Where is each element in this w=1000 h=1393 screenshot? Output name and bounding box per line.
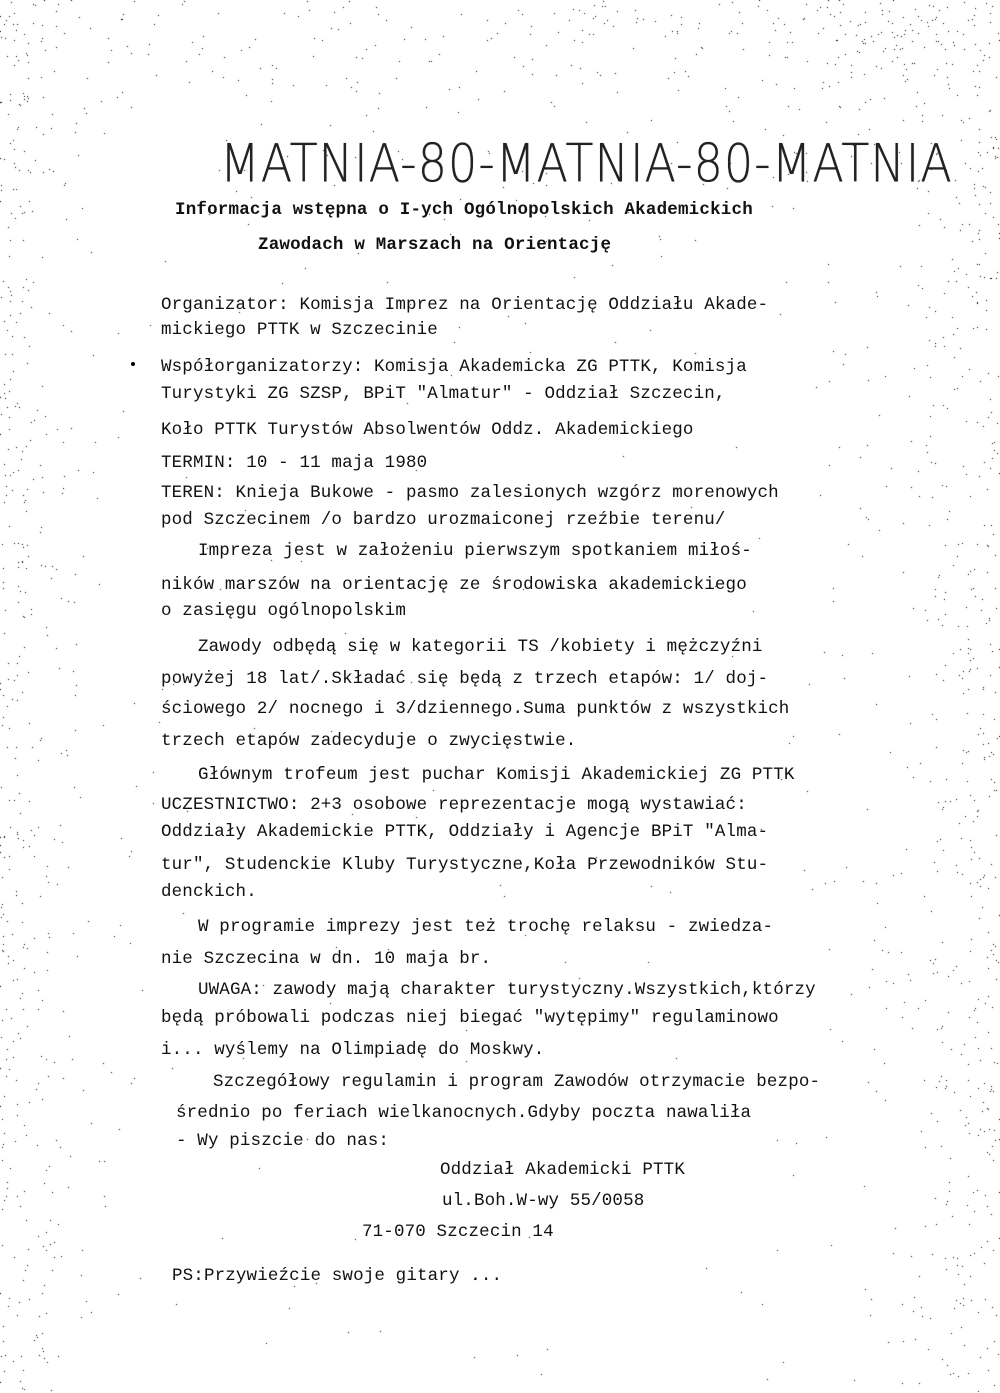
- heading-line-2: Zawodach w Marszach na Orientację: [258, 235, 1000, 255]
- text-line: UWAGA: zawody mają charakter turystyczny…: [198, 980, 816, 1000]
- text-line: powyżej 18 lat/.Składać się będą z trzec…: [161, 669, 768, 689]
- text-line: Turystyki ZG SZSP, BPiT "Almatur" - Oddz…: [161, 384, 726, 404]
- text-line: tur", Studenckie Kluby Turystyczne,Koła …: [161, 855, 768, 875]
- text-line: UCZESTNICTWO: 2+3 osobowe reprezentacje …: [161, 795, 747, 815]
- text-line: - Wy piszcie do nas:: [176, 1131, 389, 1151]
- text-line: i... wyślemy na Olimpiadę do Moskwy.: [161, 1040, 544, 1060]
- text-line: o zasięgu ogólnopolskim: [161, 601, 406, 621]
- text-line: mickiego PTTK w Szczecinie: [161, 320, 438, 340]
- text-line: Szczegółowy regulamin i program Zawodów …: [213, 1072, 820, 1092]
- text-line: Organizator: Komisja Imprez na Orientacj…: [161, 295, 768, 315]
- text-line: trzech etapów zadecyduje o zwycięstwie.: [161, 731, 576, 751]
- text-line: Zawody odbędą się w kategorii TS /kobiet…: [198, 637, 763, 657]
- heading-line-1: Informacja wstępna o I-ych Ogólnopolskic…: [175, 200, 1000, 220]
- text-line: Głównym trofeum jest puchar Komisji Akad…: [198, 765, 795, 785]
- text-line: ściowego 2/ nocnego i 3/dziennego.Suma p…: [161, 699, 789, 719]
- text-line: denckich.: [161, 882, 257, 902]
- text-line: ników marszów na orientację ze środowisk…: [161, 575, 747, 595]
- text-line: TEREN: Knieja Bukowe - pasmo zalesionych…: [161, 483, 779, 503]
- text-line: będą próbowali podczas niej biegać "wytę…: [161, 1008, 779, 1028]
- postscript: PS:Przywieźcie swoje gitary ...: [172, 1266, 502, 1286]
- document-page: MATNIA-80-MATNIA-80-MATNIA Informacja ws…: [0, 0, 1000, 1393]
- text-line: Oddziały Akademickie PTTK, Oddziały i Ag…: [161, 822, 768, 842]
- text-line: Koło PTTK Turystów Absolwentów Oddz. Aka…: [161, 420, 694, 440]
- margin-mark: [131, 362, 135, 366]
- text-line: Impreza jest w założeniu pierwszym spotk…: [198, 541, 752, 561]
- text-line: Współorganizatorzy: Komisja Akademicka Z…: [161, 357, 747, 377]
- address-line: ul.Boh.W-wy 55/0058: [442, 1191, 644, 1211]
- address-line: 71-070 Szczecin 14: [362, 1222, 554, 1242]
- text-line: pod Szczecinem /o bardzo urozmaiconej rz…: [161, 510, 726, 530]
- text-line: TERMIN: 10 - 11 maja 1980: [161, 453, 427, 473]
- text-line: W programie imprezy jest też trochę rela…: [198, 917, 773, 937]
- address-line: Oddział Akademicki PTTK: [440, 1160, 685, 1180]
- text-line: nie Szczecina w dn. 10 maja br.: [161, 949, 491, 969]
- text-line: średnio po feriach wielkanocnych.Gdyby p…: [176, 1103, 751, 1123]
